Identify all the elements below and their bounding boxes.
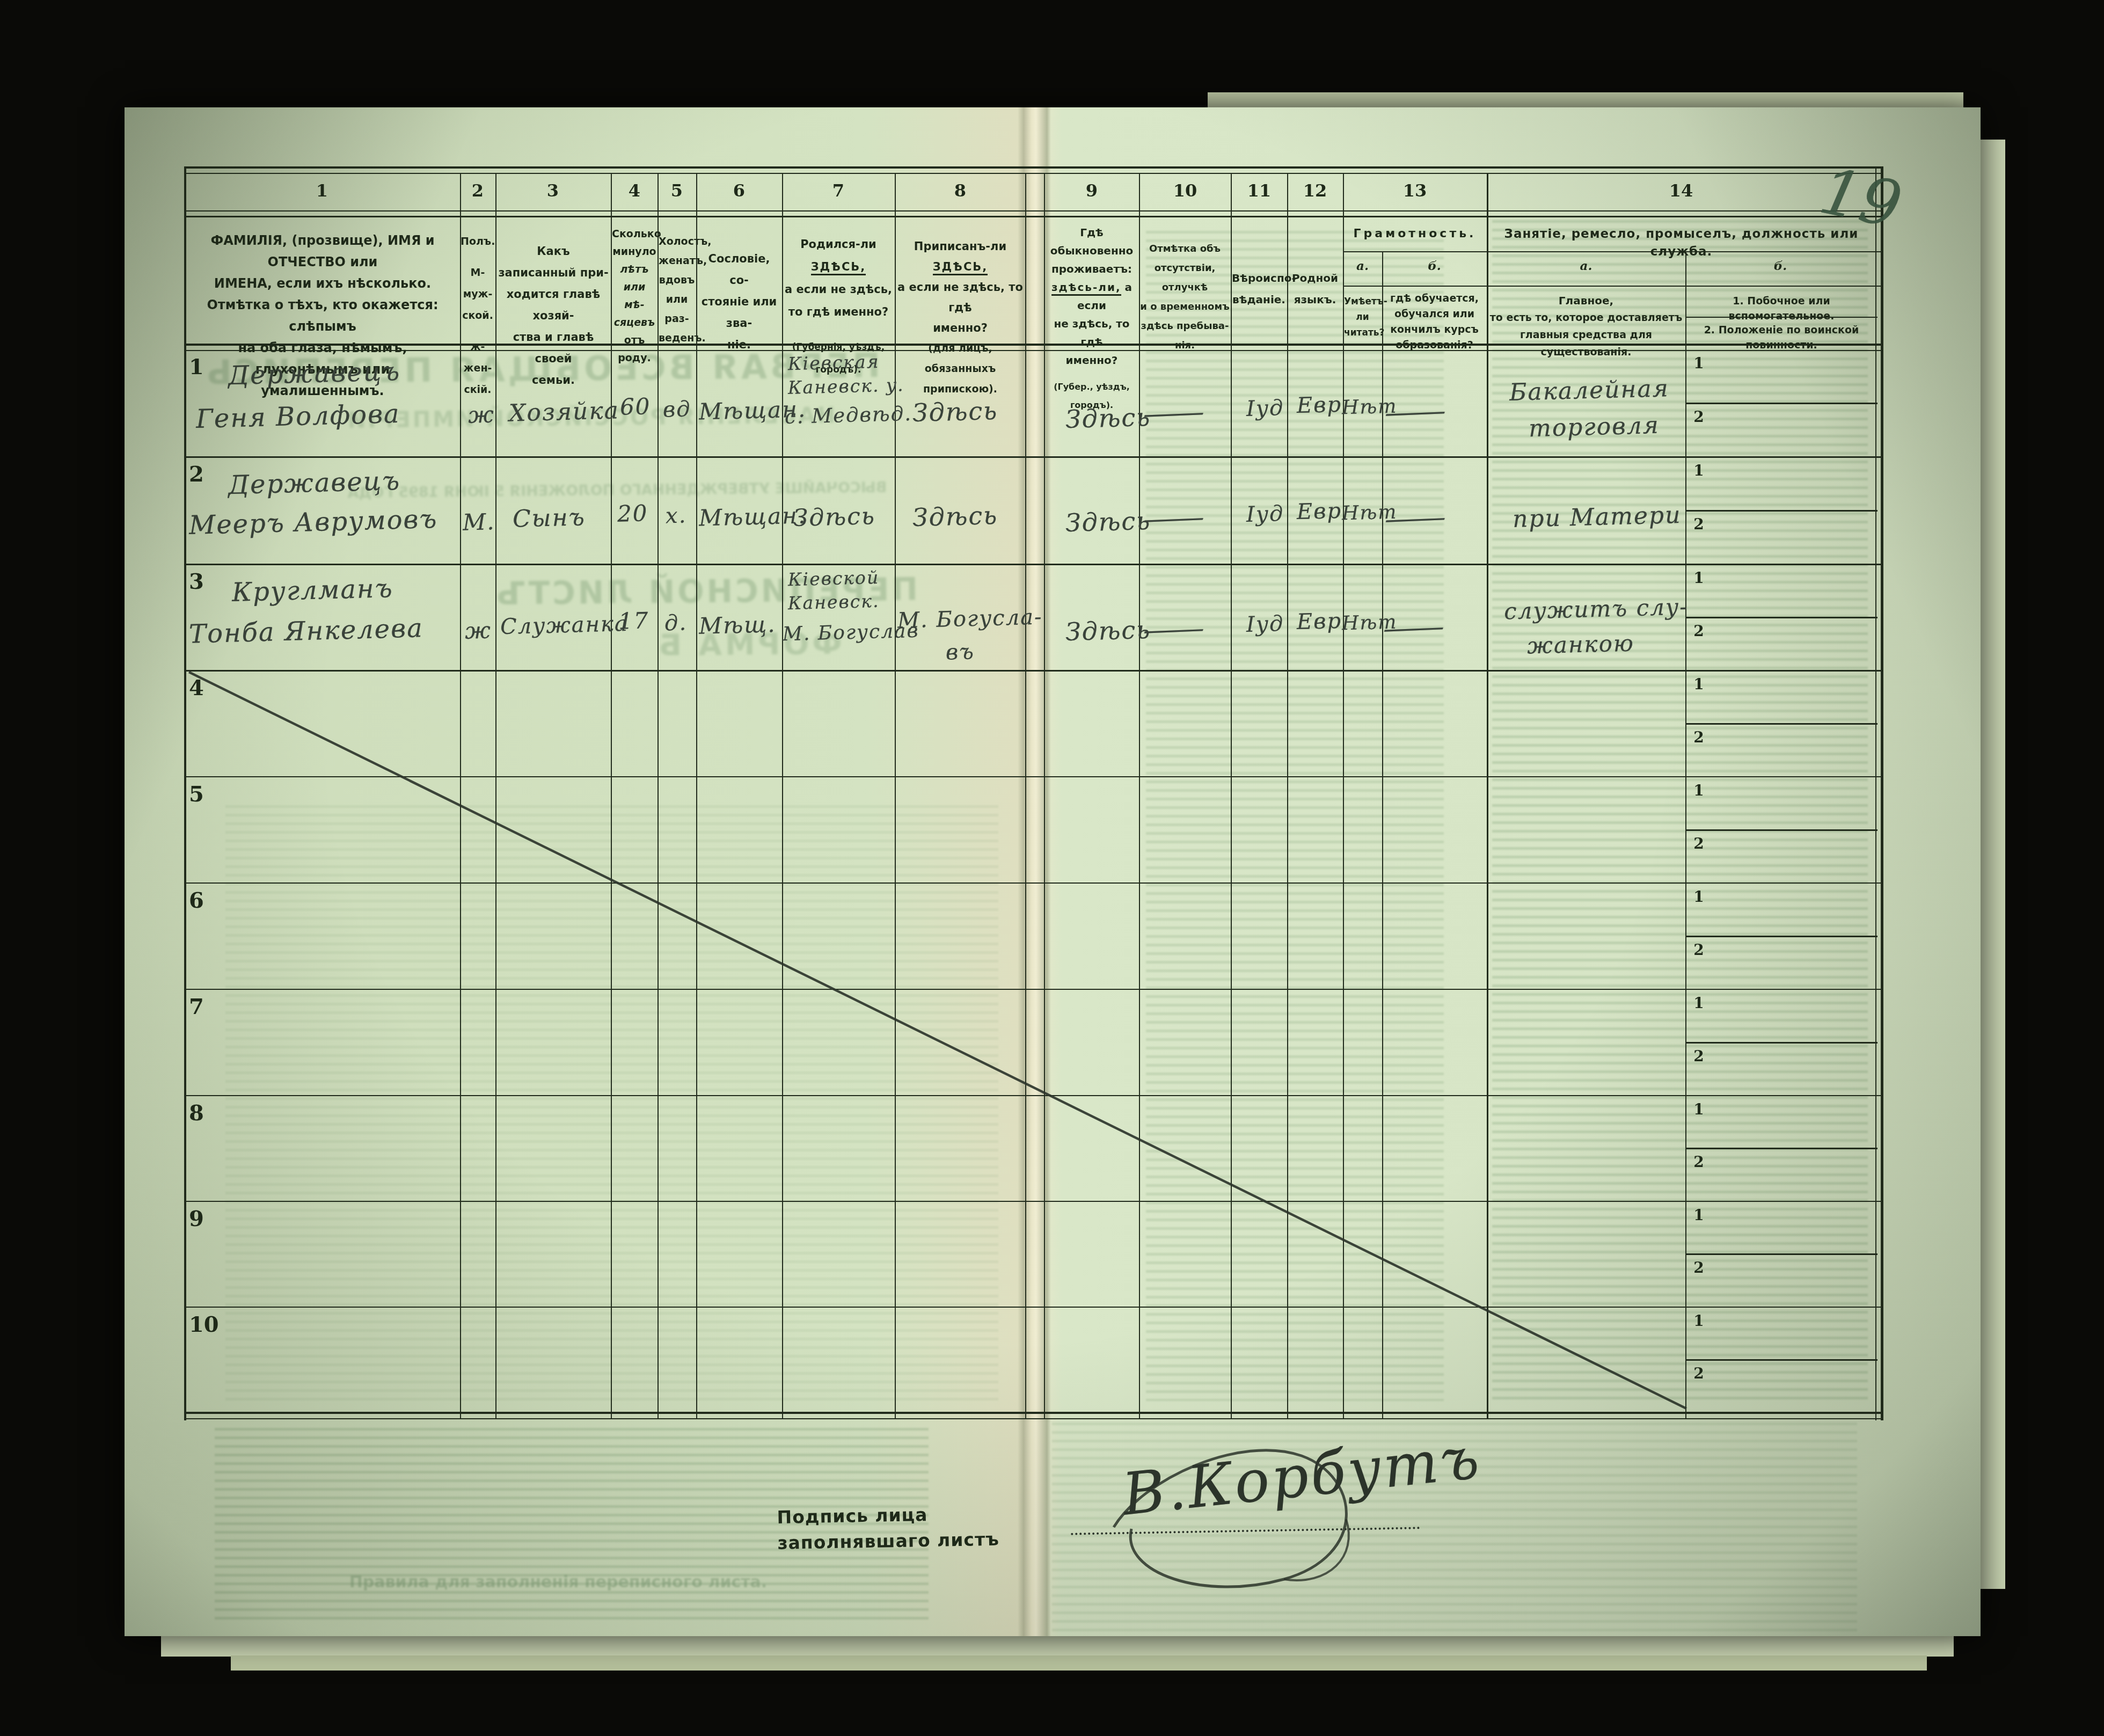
census-sheet-photo: ПЕРВАЯ ВСЕОБЩАЯ ПЕРЕПИСЬ НАСЕЛЕНІЯ РОССІ…: [0, 0, 2104, 1736]
cancellation-diagonal-line: [0, 0, 2104, 1736]
signature-label: Подпись лица заполнявшаго листъ: [777, 1499, 1078, 1556]
